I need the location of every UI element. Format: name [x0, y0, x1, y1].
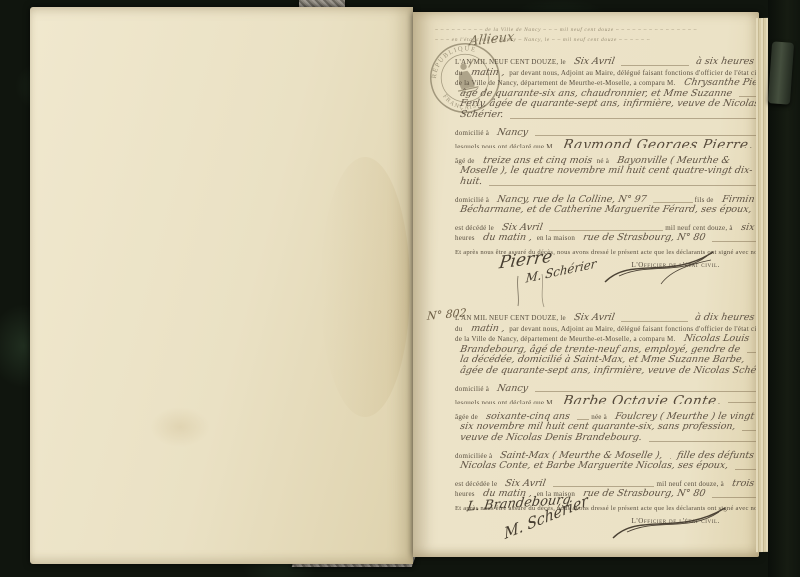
printed-form-text: lesquels nous ont déclaré que M.: [455, 143, 555, 148]
handwritten-text: six: [738, 222, 758, 233]
record-line: huit.: [455, 176, 759, 187]
rule-line: [549, 230, 663, 231]
officer-signature-flourish-icon: [601, 246, 721, 290]
printed-form-text: par devant nous, Adjoint au Maire, délég…: [509, 325, 759, 333]
blank-left-page: [30, 7, 413, 564]
record-line: âgé detreize ans et cinq moisné àBayonvi…: [455, 155, 759, 166]
handwritten-text: trois: [729, 478, 757, 489]
handwritten-text: rue de Strasbourg, N° 80: [580, 488, 708, 499]
record-line: de la Ville de Nancy, département de Meu…: [455, 77, 759, 88]
register-right-page: ~ ~ ~ ~ ~ ~ ~ ~ ~ de la Ville de Nancy ~…: [413, 12, 759, 557]
rule-line: [535, 135, 757, 136]
record-line: Bécharmane, et de Catherine Marguerite F…: [455, 204, 759, 215]
record-line: de la Ville de Nancy, département de Meu…: [455, 333, 759, 344]
rule-line: [712, 241, 757, 242]
handwritten-text: à six heures: [693, 56, 757, 67]
register-book: ~ ~ ~ ~ ~ ~ ~ ~ ~ de la Ville de Nancy ~…: [0, 0, 800, 577]
record-1-lines: L'AN MIL NEUF CENT DOUZE, leSix Avrilà s…: [455, 56, 759, 271]
printed-form-text: lesquels nous ont déclaré que M.: [455, 399, 555, 404]
handwritten-text: Saint-Max ( Meurthe & Moselle ),: [497, 450, 666, 461]
handwritten-text: Six Avril: [499, 222, 546, 233]
record-line: Nicolas Conte, et Barbe Marguerite Nicol…: [455, 460, 759, 471]
rule-line: [489, 185, 757, 186]
record-line: L'AN MIL NEUF CENT DOUZE, leSix Avrilà d…: [455, 312, 759, 323]
handwritten-text: Raymond Georges Pierre,: [559, 137, 756, 148]
rule-line: [649, 441, 757, 442]
handwritten-text: Nancy: [494, 383, 531, 394]
handwritten-text: Foulcrey ( Meurthe ) le vingt: [612, 411, 757, 422]
handwritten-text: Nancy, rue de la Colline, N° 97: [494, 194, 650, 205]
handwritten-text: Chrysanthe Pierre,: [680, 77, 759, 88]
printed-form-text: âgé de: [455, 157, 475, 165]
stray-ink-marks: [508, 274, 558, 308]
handwritten-text: veuve de Nicolas Denis Brandebourg.: [457, 432, 645, 443]
printed-form-text: heures: [455, 490, 475, 498]
handwritten-text: Brandebourg, âgé de trente-neuf ans, emp…: [457, 344, 743, 355]
record-line: la décédée, domicilié à Saint-Max, et Mm…: [455, 354, 759, 365]
handwritten-text: huit.: [457, 176, 485, 187]
record-line: Brandebourg, âgé de trente-neuf ans, emp…: [455, 344, 759, 355]
handwritten-text: fille des défunts: [674, 450, 757, 461]
printed-form-text: du: [455, 69, 463, 77]
printed-form-text: L'AN MIL NEUF CENT DOUZE, le: [455, 58, 566, 66]
officer-signature-flourish-icon: [611, 504, 729, 544]
printed-form-text: fils de: [695, 196, 714, 204]
rule-line: [735, 469, 757, 470]
printed-form-text: par devant nous, Adjoint au Maire, délég…: [509, 69, 759, 77]
handwritten-text: Nancy: [494, 127, 531, 138]
printed-form-text: né à: [597, 157, 609, 165]
record-line: domicilié àNancy: [455, 127, 759, 138]
record-line: L'AN MIL NEUF CENT DOUZE, leSix Avrilà s…: [455, 56, 759, 67]
death-record-2: L'AN MIL NEUF CENT DOUZE, leSix Avrilà d…: [455, 312, 759, 527]
record-line: heuresdu matin ,en la maisonrue de Stras…: [455, 232, 759, 243]
handwritten-text: Six Avril: [571, 56, 618, 67]
record-line: domicilié àNancy: [455, 383, 759, 394]
record-line: âgé de quarante-six ans, chaudronnier, e…: [455, 88, 759, 99]
printed-form-text: de la Ville de Nancy, département de Meu…: [455, 335, 676, 343]
printed-form-text: heures: [455, 234, 475, 242]
printed-form-text: domicilié à: [455, 129, 489, 137]
handwritten-text: rue de Strasbourg, N° 80: [580, 232, 708, 243]
handwritten-text: Bécharmane, et de Catherine Marguerite F…: [457, 204, 755, 215]
handwritten-text: Nicolas Conte, et Barbe Marguerite Nicol…: [457, 460, 731, 471]
rule-line: [577, 419, 590, 420]
record-line: âgée de quarante-sept ans, infirmière, v…: [455, 365, 759, 376]
printed-form-text: née à: [591, 413, 607, 421]
record-line: Ferly, âgée de quarante-sept ans, infirm…: [455, 98, 759, 109]
record-line: est décédée leSix Avrilmil neuf cent dou…: [455, 478, 759, 489]
printed-form-text: mil neuf cent douze, à: [665, 224, 733, 232]
rule-line: [739, 96, 757, 97]
handwritten-text: soixante-cinq ans: [483, 411, 573, 422]
record-line: dumatin ,par devant nous, Adjoint au Mai…: [455, 323, 759, 334]
handwritten-text: Six Avril: [502, 478, 549, 489]
record-line: dumatin ,par devant nous, Adjoint au Mai…: [455, 67, 759, 78]
handwritten-text: matin ,: [467, 67, 507, 78]
death-record-1: L'AN MIL NEUF CENT DOUZE, leSix Avrilà s…: [455, 56, 759, 271]
printed-form-text: domicilié à: [455, 385, 489, 393]
record-line: six novembre mil huit cent quarante-six,…: [455, 421, 759, 432]
handwritten-text: treize ans et cinq mois: [479, 155, 594, 166]
record-line: Schérier.: [455, 109, 759, 120]
record-line: lesquels nous ont déclaré que M.Barbe Oc…: [455, 393, 759, 404]
printed-form-text: est décédée le: [455, 480, 497, 488]
handwritten-text: Schérier.: [457, 109, 507, 120]
rule-line: [653, 202, 692, 203]
printed-form-text: L'AN MIL NEUF CENT DOUZE, le: [455, 314, 566, 322]
rule-line: [728, 402, 757, 403]
handwritten-text: Bayonville ( Meurthe &: [614, 155, 733, 166]
handwritten-text: à dix heures: [692, 312, 757, 323]
printed-form-text: âgée de: [455, 413, 478, 421]
rule-line: [712, 497, 757, 498]
handwritten-text: âgé de quarante-six ans, chaudronnier, e…: [457, 88, 735, 99]
record-2-lines: L'AN MIL NEUF CENT DOUZE, leSix Avrilà d…: [455, 312, 759, 527]
handwritten-text: six novembre mil huit cent quarante-six,…: [457, 421, 739, 432]
record-line: domiciliée àSaint-Max ( Meurthe & Mosell…: [455, 450, 759, 461]
page-stack-edge: [756, 18, 768, 552]
record-line: est décédé leSix Avrilmil neuf cent douz…: [455, 222, 759, 233]
record-line: Moselle ), le quatre novembre mil huit c…: [455, 165, 759, 176]
paper-stain: [320, 157, 410, 417]
paper-stain: [150, 407, 210, 447]
handwritten-text: Nicolas Louis: [680, 333, 751, 344]
printed-form-text: de la Ville de Nancy, département de Meu…: [455, 79, 676, 87]
handwritten-text: Six Avril: [571, 312, 618, 323]
printed-form-text: en la maison: [537, 234, 575, 242]
binding-clasp: [768, 41, 794, 104]
handwritten-text: la décédée, domicilié à Saint-Max, et Mm…: [457, 354, 748, 365]
handwritten-text: matin ,: [467, 323, 507, 334]
record-line: domicilié àNancy, rue de la Colline, N° …: [455, 194, 759, 205]
handwritten-text: Firmin: [719, 194, 758, 205]
handwritten-text: Ferly, âgée de quarante-sept ans, infirm…: [457, 98, 759, 109]
rule-line: [553, 486, 655, 487]
record-line: lesquels nous ont déclaré que M.Raymond …: [455, 137, 759, 148]
record-line: âgée desoixante-cinq ansnée àFoulcrey ( …: [455, 411, 759, 422]
printed-form-text: du: [455, 325, 463, 333]
printed-form-text: mil neuf cent douze, à: [656, 480, 724, 488]
printed-form-text: domicilié à: [455, 196, 489, 204]
rule-line: [621, 65, 689, 66]
rule-line: [742, 430, 757, 431]
rule-line: [510, 118, 757, 119]
handwritten-text: Moselle ), le quatre novembre mil huit c…: [457, 165, 755, 176]
handwritten-text: Barbe Octavie Conte,: [559, 393, 725, 404]
handwritten-text: âgée de quarante-sept ans, infirmière, v…: [457, 365, 759, 376]
rule-line: [621, 321, 688, 322]
rule-line: [535, 391, 757, 392]
handwritten-text: du matin ,: [480, 232, 535, 243]
printed-form-text: domiciliée à: [455, 452, 492, 460]
printed-form-text: est décédé le: [455, 224, 494, 232]
record-line: veuve de Nicolas Denis Brandebourg.: [455, 432, 759, 443]
